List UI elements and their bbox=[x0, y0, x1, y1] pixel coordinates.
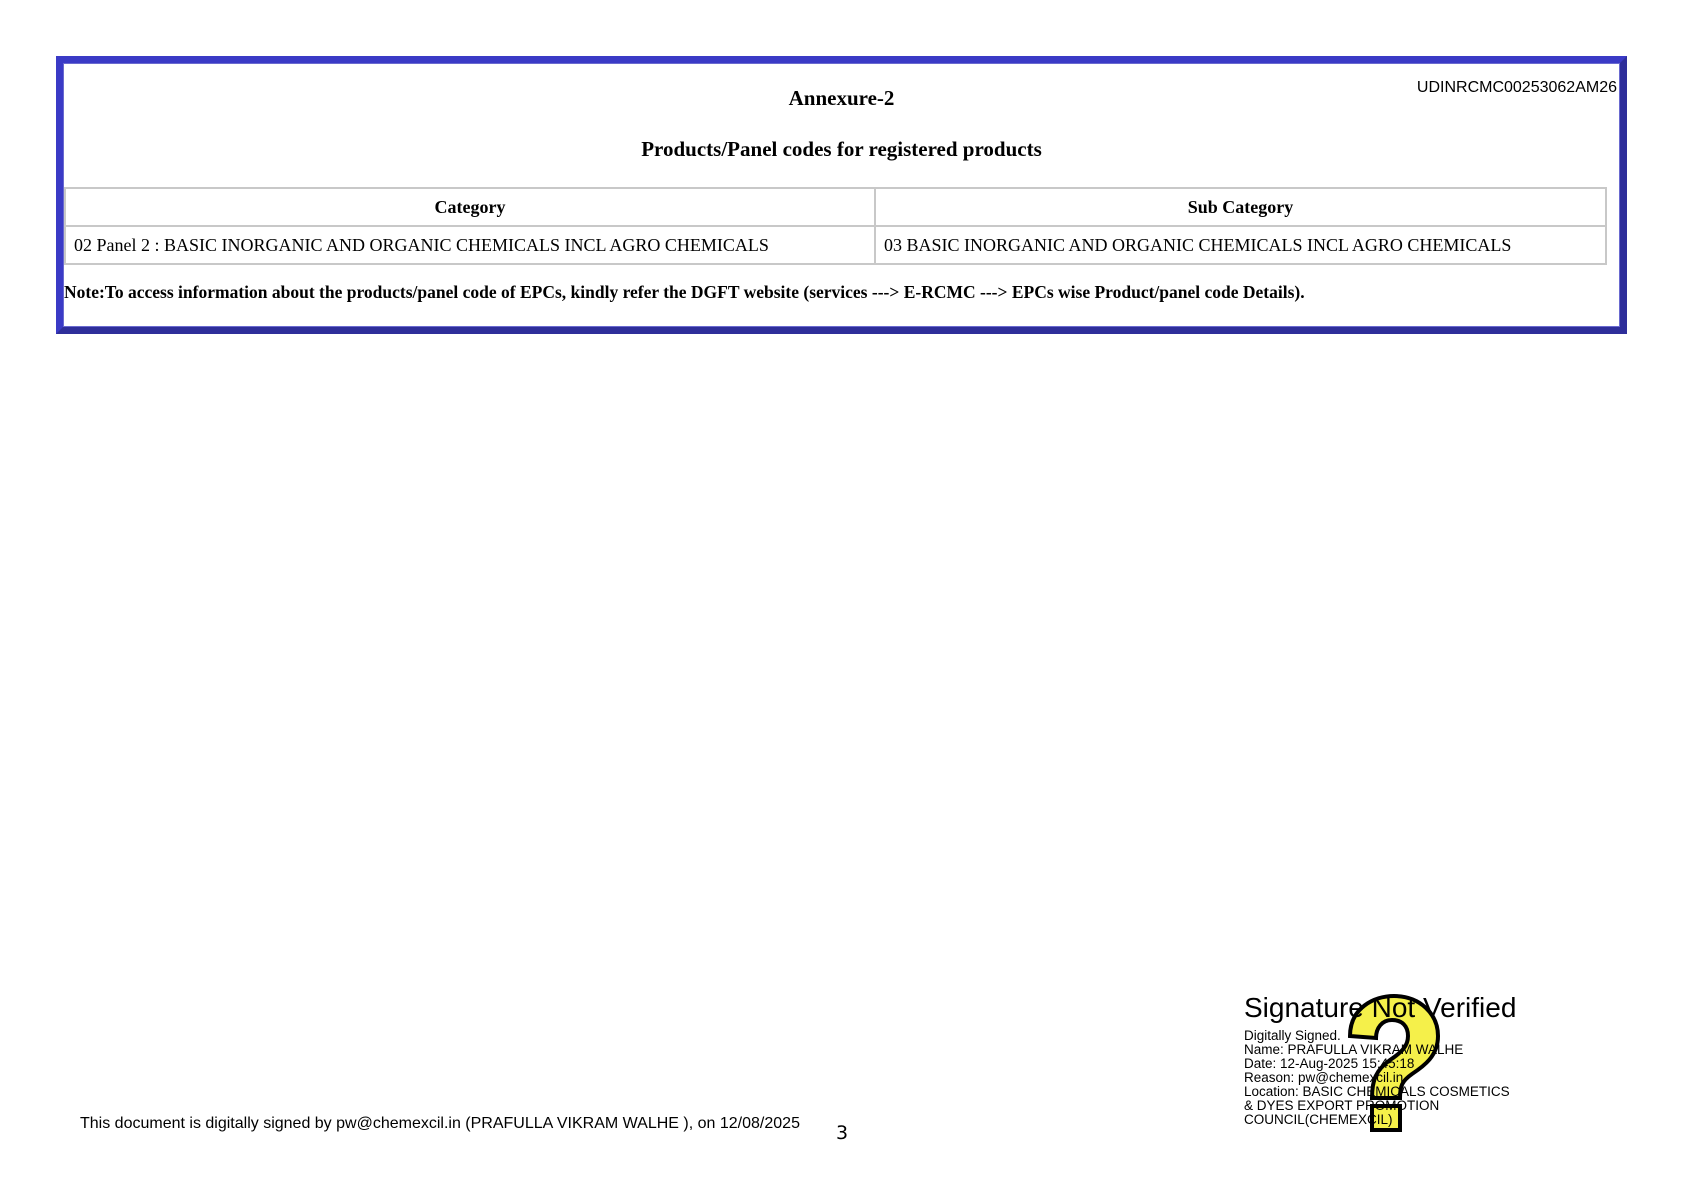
page-number: 3 bbox=[836, 1122, 848, 1144]
header-sub-category: Sub Category bbox=[875, 188, 1606, 226]
signature-line: Date: 12-Aug-2025 15:45:18 bbox=[1244, 1057, 1544, 1071]
dgft-note: Note:To access information about the pro… bbox=[64, 282, 1305, 303]
page-subtitle: Products/Panel codes for registered prod… bbox=[63, 137, 1620, 162]
signature-details: Digitally Signed. Name: PRAFULLA VIKRAM … bbox=[1244, 1029, 1544, 1127]
signature-line: COUNCIL(CHEMEXCIL) bbox=[1244, 1113, 1544, 1127]
signature-line: Digitally Signed. bbox=[1244, 1029, 1544, 1043]
product-codes-table: Category Sub Category 02 Panel 2 : BASIC… bbox=[64, 187, 1607, 265]
signature-line: & DYES EXPORT PROMOTION bbox=[1244, 1099, 1544, 1113]
signature-line: Location: BASIC CHEMICALS COSMETICS bbox=[1244, 1085, 1544, 1099]
signature-block: Signature Not Verified Digitally Signed.… bbox=[1244, 992, 1544, 1142]
cell-sub-category: 03 BASIC INORGANIC AND ORGANIC CHEMICALS… bbox=[875, 226, 1606, 264]
signature-status: Signature Not Verified bbox=[1244, 992, 1544, 1024]
signature-line: Reason: pw@chemexcil.in bbox=[1244, 1071, 1544, 1085]
header-category: Category bbox=[65, 188, 875, 226]
page-title: Annexure-2 bbox=[63, 86, 1620, 111]
table-row: 02 Panel 2 : BASIC INORGANIC AND ORGANIC… bbox=[65, 226, 1606, 264]
signature-line: Name: PRAFULLA VIKRAM WALHE bbox=[1244, 1043, 1544, 1057]
digital-signature-footer: This document is digitally signed by pw@… bbox=[80, 1115, 800, 1133]
table-header-row: Category Sub Category bbox=[65, 188, 1606, 226]
cell-category: 02 Panel 2 : BASIC INORGANIC AND ORGANIC… bbox=[65, 226, 875, 264]
annexure-frame: UDINRCMC00253062AM26 Annexure-2 Products… bbox=[56, 56, 1627, 334]
